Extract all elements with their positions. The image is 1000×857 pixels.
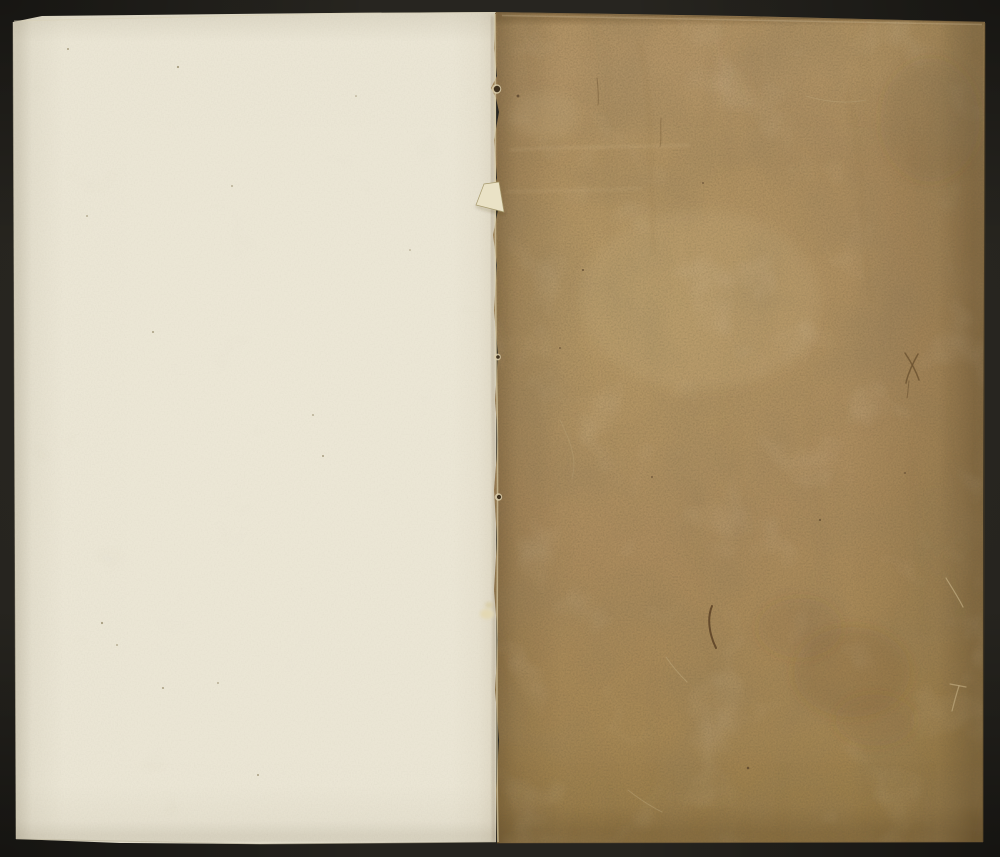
book-scan-canvas <box>0 0 1000 857</box>
